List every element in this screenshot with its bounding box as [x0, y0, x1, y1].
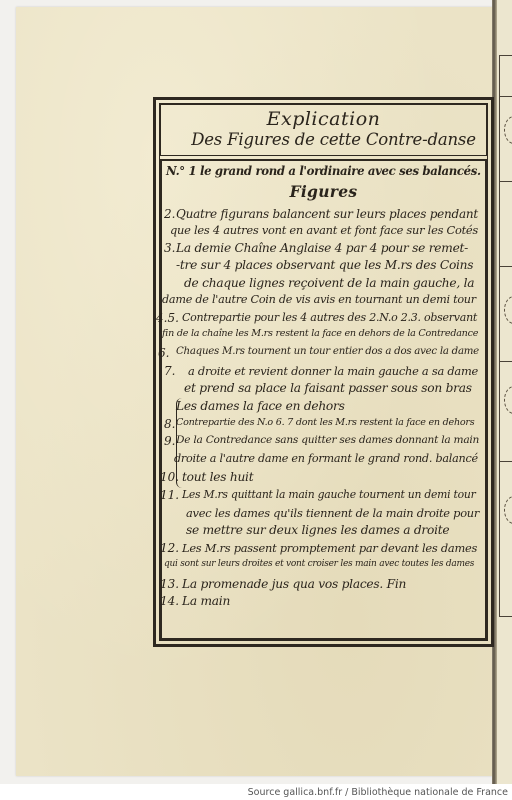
figure-line-text: Contrepartie des N.o 6. 7 dont les M.rs …: [176, 417, 474, 428]
figure-line-text: Quatre figurans balancent sur leurs plac…: [176, 207, 478, 221]
title-explication: Explication: [161, 108, 486, 130]
dance-figure-diagram-icon: [504, 116, 512, 144]
figure-line-text: droite a l'autre dame en formant le gran…: [174, 452, 478, 465]
figure-line-text: La demie Chaîne Anglaise 4 par 4 pour se…: [176, 241, 468, 255]
figure-line-text: La promenade jus qua vos places. Fin: [182, 577, 406, 591]
figure-number: 12.: [160, 541, 179, 555]
figure-number: 3.: [164, 241, 175, 255]
figure-number: 6.: [158, 346, 169, 360]
explanation-frame: Explication Des Figures de cette Contre-…: [153, 97, 494, 647]
figure-line-text: De la Contredance sans quitter ses dames…: [176, 434, 479, 446]
title-box: Explication Des Figures de cette Contre-…: [160, 104, 487, 156]
figure-line-text: Les M.rs quittant la main gauche tournen…: [182, 488, 476, 501]
figure-line-text: se mettre sur deux lignes les dames a dr…: [186, 523, 449, 537]
figure-line-text: tout les huit: [182, 470, 253, 484]
facing-figure-frame: [499, 55, 512, 617]
dance-figure-diagram-icon: [504, 296, 512, 324]
figure-line-text: fin de la chaîne les M.rs restent la fac…: [162, 328, 478, 339]
figure-number: 11.: [160, 488, 179, 502]
figure-line-text: et prend sa place la faisant passer sous…: [184, 381, 472, 395]
figure-line-text: -tre sur 4 places observant que les M.rs…: [176, 258, 473, 272]
title-subtitle: Des Figures de cette Contre-danse: [161, 130, 486, 149]
figure-line-text: Les dames la face en dehors: [176, 399, 345, 413]
figures-body: N.° 1 le grand rond a l'ordinaire avec s…: [160, 159, 487, 640]
facing-figure-cell: [500, 461, 512, 462]
figure-1-heading: N.° 1 le grand rond a l'ordinaire avec s…: [166, 164, 483, 178]
figure-line-text: que les 4 autres vont en avant et font f…: [170, 223, 478, 237]
figures-label: Figures: [162, 182, 485, 201]
facing-page-figures: [497, 0, 512, 784]
figure-line-text: a droite et revient donner la main gauch…: [188, 364, 478, 378]
figure-line-text: dame de l'autre Coin de vis avis en tour…: [162, 293, 476, 306]
figure-line-text: Contrepartie pour les 4 autres des 2.N.o…: [182, 311, 477, 324]
figure-number: 8.: [164, 417, 175, 431]
figure-number: 4.5.: [156, 311, 179, 325]
figure-line-text: Chaques M.rs tournent un tour entier dos…: [176, 346, 479, 357]
figure-number: 9.: [164, 434, 175, 448]
figure-line-text: Les M.rs passent promptement par devant …: [182, 541, 477, 555]
figure-number: 14.: [160, 594, 179, 608]
figure-number: 2.: [164, 207, 175, 221]
figure-line-text: qui sont sur leurs droites et vont crois…: [164, 559, 474, 569]
dance-figure-diagram-icon: [504, 386, 512, 414]
facing-figure-cell: [500, 96, 512, 97]
figure-line-text: La main: [182, 594, 230, 608]
figure-number: 13.: [160, 577, 179, 591]
figure-line-text: de chaque lignes reçoivent de la main ga…: [184, 276, 474, 290]
figure-number: 7.: [164, 364, 175, 378]
dance-figure-diagram-icon: [504, 496, 512, 524]
facing-figure-cell: [500, 266, 512, 267]
facing-figure-cell: [500, 361, 512, 362]
facing-figure-cell: [500, 181, 512, 182]
figure-line-text: avec les dames qu'ils tiennent de la mai…: [186, 506, 479, 520]
source-attribution: Source gallica.bnf.fr / Bibliothèque nat…: [248, 787, 508, 798]
figure-number: 10.: [160, 470, 179, 484]
